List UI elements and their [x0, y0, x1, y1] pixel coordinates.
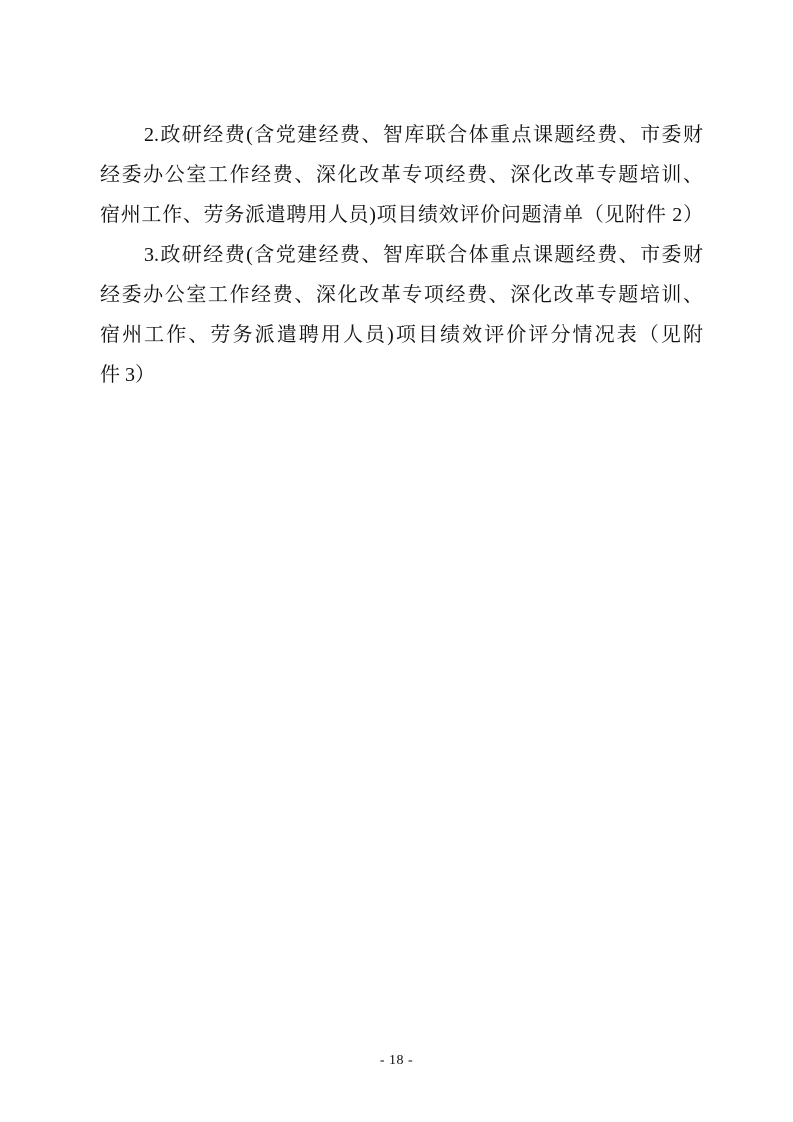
body-line: 宿州工作、劳务派遣聘用人员)项目绩效评价问题清单（见附件 2）	[100, 195, 703, 235]
body-line: 经委办公室工作经费、深化改革专项经费、深化改革专题培训、	[100, 275, 703, 315]
paragraph-item-3: 3.政研经费(含党建经费、智库联合体重点课题经费、市委财 经委办公室工作经费、深…	[100, 235, 703, 395]
page-number: - 18 -	[0, 1051, 793, 1071]
document-body: 2.政研经费(含党建经费、智库联合体重点课题经费、市委财 经委办公室工作经费、深…	[100, 115, 703, 395]
body-line: 3.政研经费(含党建经费、智库联合体重点课题经费、市委财	[100, 235, 703, 275]
body-line: 经委办公室工作经费、深化改革专项经费、深化改革专题培训、	[100, 155, 703, 195]
body-line: 宿州工作、劳务派遣聘用人员)项目绩效评价评分情况表（见附	[100, 315, 703, 355]
paragraph-item-2: 2.政研经费(含党建经费、智库联合体重点课题经费、市委财 经委办公室工作经费、深…	[100, 115, 703, 235]
body-line: 2.政研经费(含党建经费、智库联合体重点课题经费、市委财	[100, 115, 703, 155]
body-line: 件 3）	[100, 355, 703, 395]
document-page: { "page": { "background_color": "#ffffff…	[0, 0, 793, 1122]
